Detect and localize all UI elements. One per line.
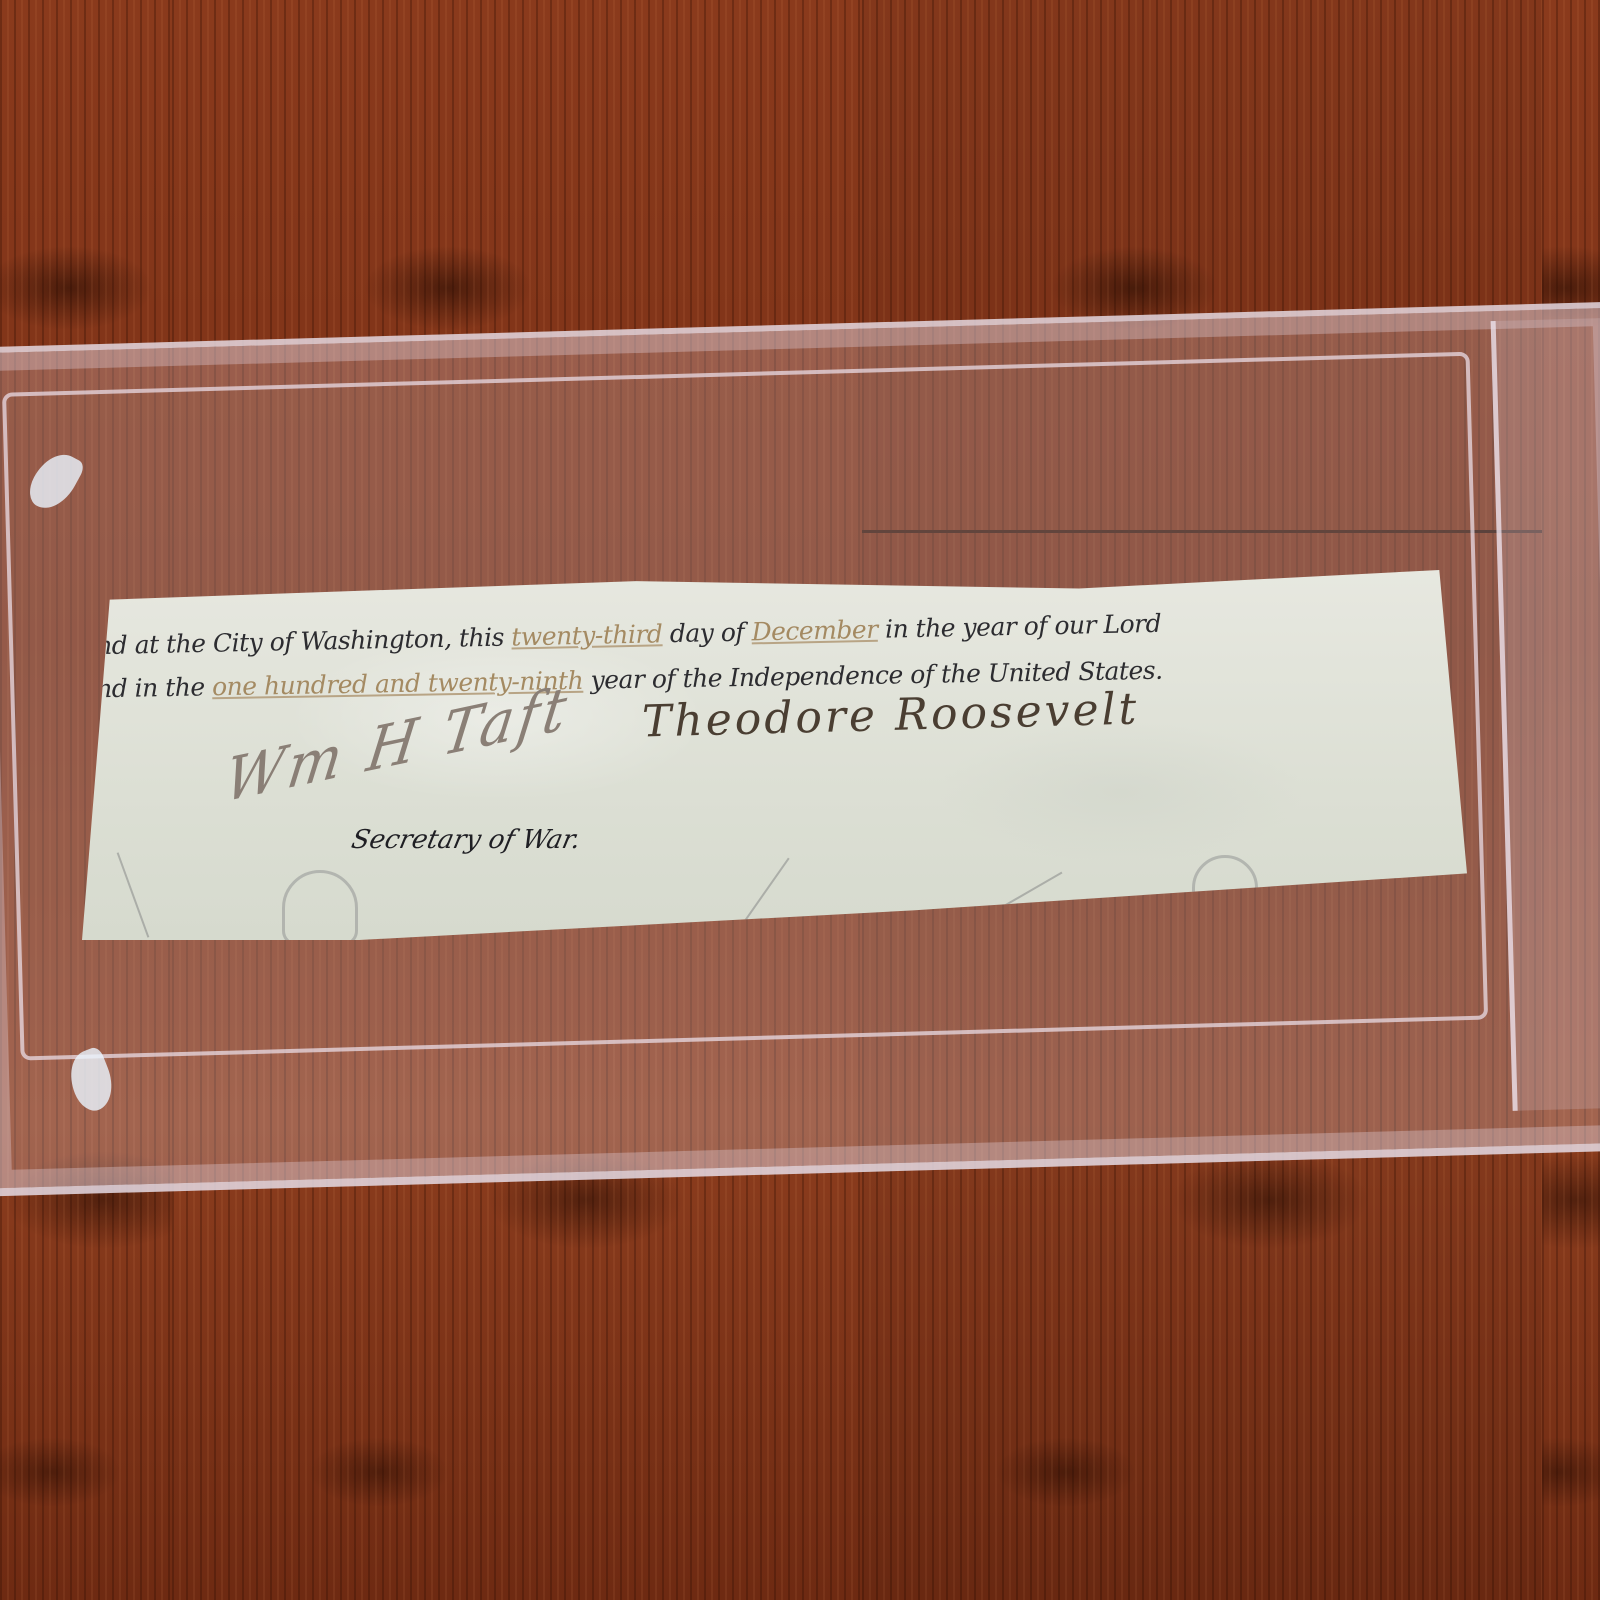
document-text: in the year of our Lord <box>885 609 1162 644</box>
document-text: nd at the City of Washington, this <box>96 623 504 661</box>
document-text: day of <box>670 618 745 649</box>
document-filled-month: December <box>751 615 878 647</box>
signed-document-cut: nd at the City of Washington, this twent… <box>82 570 1467 940</box>
signature-roosevelt: Theodore Roosevelt <box>641 683 1139 747</box>
engraving-line <box>117 852 150 937</box>
document-line-1: nd at the City of Washington, this twent… <box>96 609 1162 660</box>
secretary-of-war-title: Secretary of War. <box>349 825 584 855</box>
engraving-vignette <box>282 870 358 946</box>
slab-label-area <box>1491 318 1600 1111</box>
document-filled-day: twenty-third <box>511 619 663 651</box>
document-text: nd in the <box>96 672 205 703</box>
